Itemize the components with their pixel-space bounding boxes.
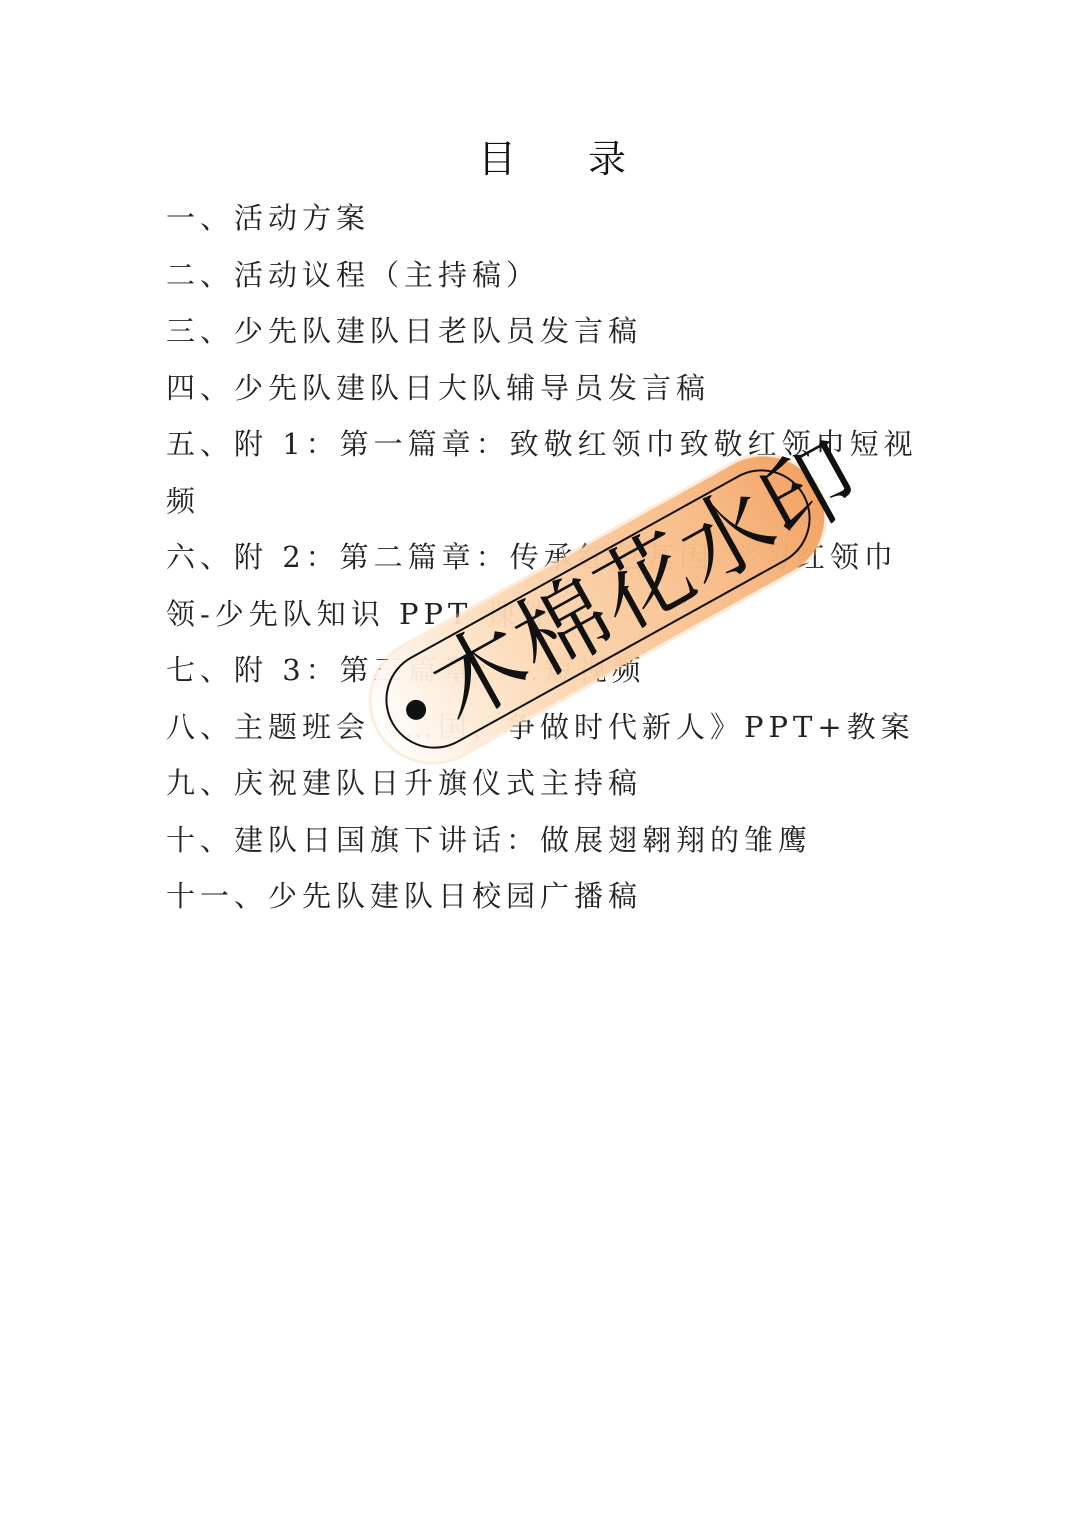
toc-item[interactable]: 二、活动议程（主持稿）: [166, 247, 918, 304]
toc-item[interactable]: 六、附 2：第二篇章：传承红色基因 学习红领巾 领-少先队知识 PPT 课件: [166, 529, 918, 642]
document-page: 目录 一、活动方案 二、活动议程（主持稿） 三、少先队建队日老队员发言稿 四、少…: [0, 0, 1080, 1528]
toc-item[interactable]: 九、庆祝建队日升旗仪式主持稿: [166, 755, 918, 812]
toc-item[interactable]: 五、附 1：第一篇章：致敬红领巾致敬红领巾短视频: [166, 416, 918, 529]
toc-item[interactable]: 八、主题班会《…国，争做时代新人》PPT+教案: [166, 699, 918, 756]
toc-item[interactable]: 七、附 3：第三篇章：…短视频: [166, 642, 918, 699]
table-of-contents: 一、活动方案 二、活动议程（主持稿） 三、少先队建队日老队员发言稿 四、少先队建…: [166, 190, 918, 925]
toc-item[interactable]: 十、建队日国旗下讲话：做展翅翱翔的雏鹰: [166, 812, 918, 869]
toc-item[interactable]: 三、少先队建队日老队员发言稿: [166, 303, 918, 360]
toc-item[interactable]: 一、活动方案: [166, 190, 918, 247]
page-title: 目录: [0, 132, 1080, 186]
toc-item[interactable]: 十一、少先队建队日校园广播稿: [166, 868, 918, 925]
toc-item[interactable]: 四、少先队建队日大队辅导员发言稿: [166, 360, 918, 417]
